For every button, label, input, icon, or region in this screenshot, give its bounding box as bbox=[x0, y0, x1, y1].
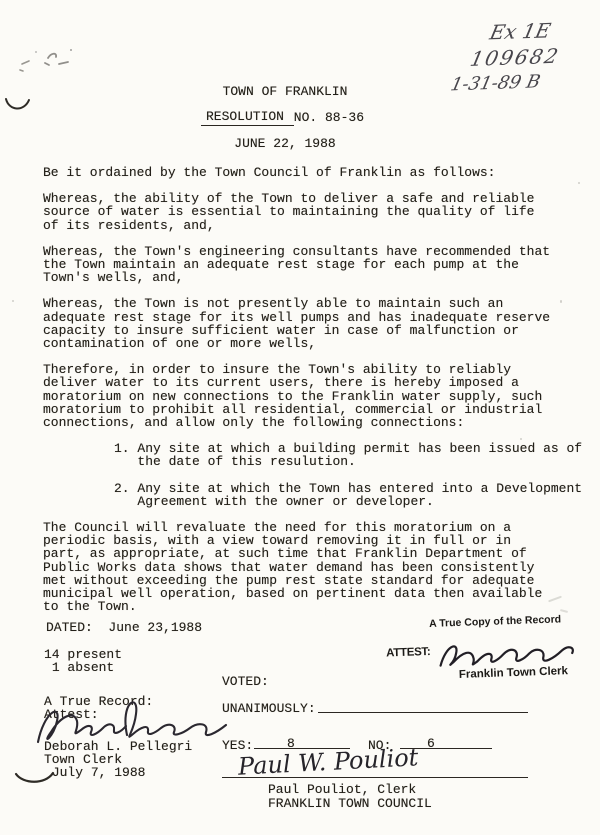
town-clerk-name-block: Deborah L. Pellegri Town Clerk July 7, 1… bbox=[44, 740, 192, 780]
resolution-number: NO. 88-36 bbox=[294, 111, 364, 124]
document-header: TOWN OF FRANKLIN RESOLUTION NO. 88-36 JU… bbox=[85, 79, 485, 157]
scan-speck bbox=[12, 300, 14, 302]
exception-item-1: 1. Any site at which a building permit h… bbox=[114, 442, 588, 468]
scanned-resolution-document: Ex 1E 109682 1-31-89 B TOWN OF FRANKLIN … bbox=[0, 0, 600, 835]
resolution-body: Be it ordained by the Town Council of Fr… bbox=[43, 166, 588, 626]
attendance-count: 14 present 1 absent bbox=[44, 648, 122, 674]
council-name: FRANKLIN TOWN COUNCIL bbox=[268, 797, 432, 810]
true-copy-stamp: A True Copy of the Record ATTEST: Frankl… bbox=[385, 613, 587, 684]
therefore-clause: Therefore, in order to insure the Town's… bbox=[43, 363, 588, 429]
scan-speck bbox=[560, 300, 562, 303]
scan-speck bbox=[578, 182, 580, 184]
reevaluation-clause: The Council will revaluate the need for … bbox=[43, 521, 588, 613]
voted-label: VOTED: bbox=[222, 675, 269, 688]
unanimously-label: UNANIMOUSLY: bbox=[222, 702, 316, 715]
council-clerk-name: Paul Pouliot, Clerk bbox=[268, 783, 416, 796]
pen-arc-mark bbox=[4, 96, 32, 116]
town-name: TOWN OF FRANKLIN bbox=[85, 79, 485, 105]
exception-item-2: 2. Any site at which the Town has entere… bbox=[114, 482, 588, 508]
yes-label: YES: bbox=[222, 739, 253, 752]
resolution-date: JUNE 22, 1988 bbox=[85, 131, 485, 157]
exhibit-label: Ex 1E bbox=[487, 16, 600, 46]
resolution-number-line: RESOLUTION NO. 88-36 bbox=[85, 105, 485, 131]
dated-line: DATED: June 23,1988 bbox=[46, 621, 202, 634]
whereas-clause-2: Whereas, the Town's engineering consulta… bbox=[43, 245, 588, 285]
whereas-clause-1: Whereas, the ability of the Town to deli… bbox=[43, 192, 588, 232]
stamp-attest-label: ATTEST: bbox=[386, 646, 431, 660]
signature-line bbox=[222, 757, 528, 778]
scan-speck bbox=[60, 345, 62, 347]
resolution-word: RESOLUTION bbox=[201, 110, 294, 125]
no-vote-count: 6 bbox=[427, 737, 435, 750]
yes-blank-line bbox=[254, 732, 350, 749]
unanimously-blank-line bbox=[318, 692, 528, 713]
yes-vote-count: 8 bbox=[287, 737, 295, 750]
ordained-clause: Be it ordained by the Town Council of Fr… bbox=[43, 166, 588, 179]
whereas-clause-3: Whereas, the Town is not presently able … bbox=[43, 297, 588, 350]
scan-speck bbox=[520, 438, 522, 440]
pencil-smudge-mark bbox=[14, 40, 104, 80]
